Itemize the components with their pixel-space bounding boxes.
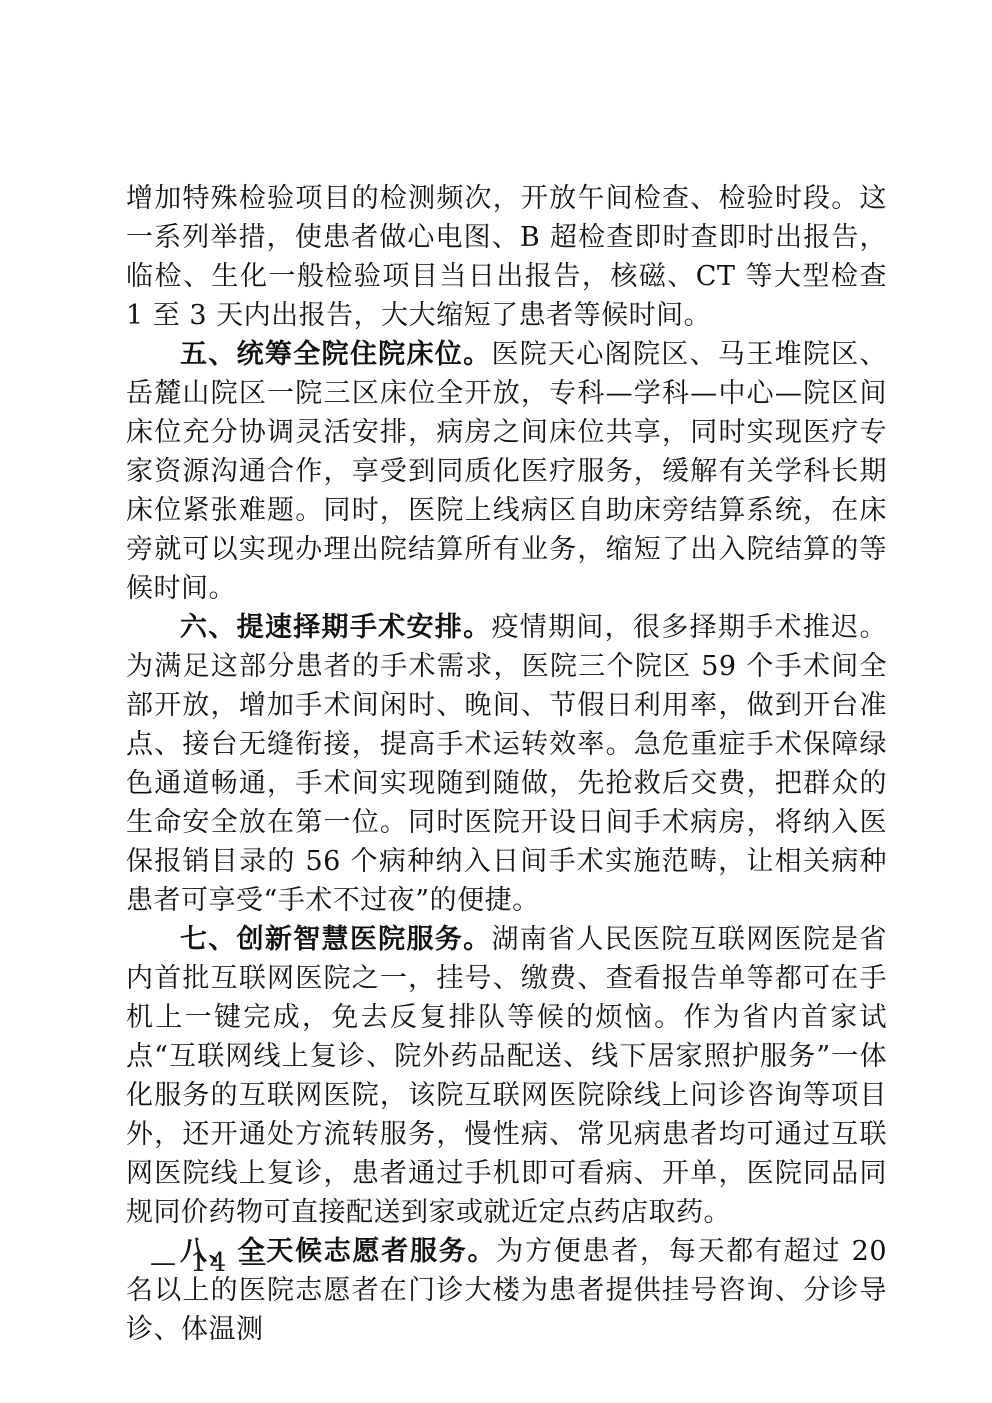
paragraph-heading: 六、提速择期手术安排。 [180,612,491,643]
paragraph-text: 增加特殊检验项目的检测频次，开放午间检查、检验时段。这一系列举措，使患者做心电图… [126,183,887,331]
paragraph: 增加特殊检验项目的检测频次，开放午间检查、检验时段。这一系列举措，使患者做心电图… [126,179,887,335]
paragraph-heading: 五、统筹全院住院床位。 [180,339,491,370]
paragraph: 五、统筹全院住院床位。医院天心阁院区、马王堆院区、岳麓山院区一院三区床位全开放，… [126,335,887,608]
paragraph: 七、创新智慧医院服务。湖南省人民医院互联网医院是省内首批互联网医院之一，挂号、缴… [126,920,887,1232]
paragraph-text: 疫情期间，很多择期手术推迟。为满足这部分患者的手术需求，医院三个院区 59 个手… [126,612,887,916]
document-body: 增加特殊检验项目的检测频次，开放午间检查、检验时段。这一系列举措，使患者做心电图… [126,179,887,1349]
paragraph-text: 医院天心阁院区、马王堆院区、岳麓山院区一院三区床位全开放，专科—学科—中心—院区… [126,339,887,604]
page-number: — 14 — [150,1248,270,1278]
document-page: 增加特殊检验项目的检测频次，开放午间检查、检验时段。这一系列举措，使患者做心电图… [0,0,992,1403]
paragraph-text: 湖南省人民医院互联网医院是省内首批互联网医院之一，挂号、缴费、查看报告单等都可在… [126,924,887,1228]
paragraph: 六、提速择期手术安排。疫情期间，很多择期手术推迟。为满足这部分患者的手术需求，医… [126,608,887,920]
paragraph-heading: 七、创新智慧医院服务。 [180,924,491,955]
